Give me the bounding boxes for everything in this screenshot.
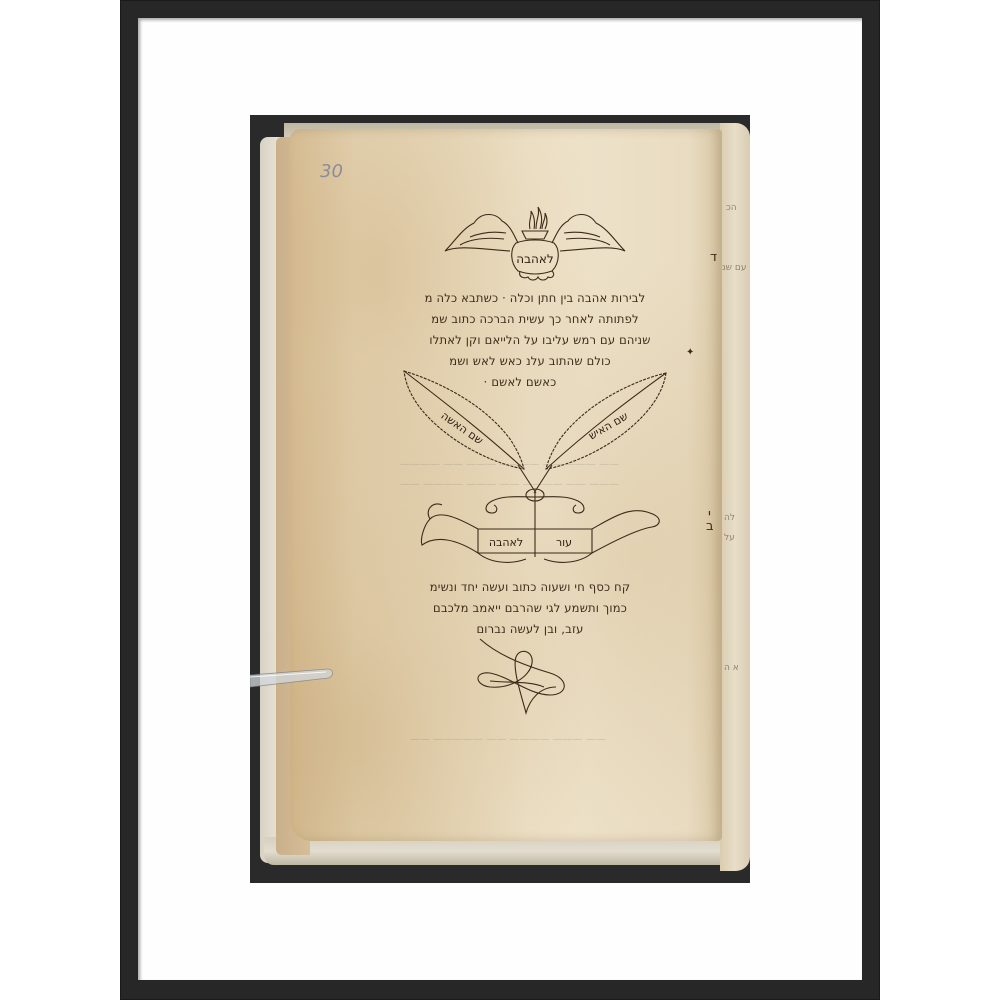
text-line: שניהם עם רמש עליבו על הלייאם וקן לאתלו — [380, 333, 700, 347]
page-holder-clip — [250, 667, 334, 689]
calligraphic-flourish — [470, 637, 580, 717]
leaf-left-label: שם האשה — [439, 409, 486, 447]
cartouche-label: לאהבה — [516, 252, 553, 266]
text-line: כולם שהתוב עלנ כאש לאש ושמ — [400, 354, 660, 368]
manuscript-photo: הכ עם שנ לה על א ה 30 —— ——— —— ———— ———… — [250, 115, 750, 883]
text-line: קח כסף חי ושעוה כתוב ועשה יחד ונשימ — [380, 580, 680, 594]
leaves-and-banner-illustration: שם האשה שם האיש לאהבה עור — [400, 369, 680, 569]
banner-right-label: עור — [556, 536, 572, 549]
text-line: לפתותה לאחר כך עשית הברכה כתוב שמ — [380, 312, 690, 326]
folio-number: 30 — [320, 161, 343, 182]
text-line: לבירות אהבה בין חתן וכלה · כשתבא כלה מ — [380, 291, 690, 305]
winged-urn-illustration: לאהבה — [440, 199, 630, 289]
banner-left-label: לאהבה — [489, 536, 523, 549]
manuscript-page: 30 —— ——— —— ———— ——— —— ———— ——— —— ———… — [290, 129, 722, 841]
margin-mark: ב — [706, 519, 714, 534]
text-line: עזב, ובן לעשה נברום — [440, 622, 620, 636]
book-cover-bottom-edge — [264, 837, 734, 865]
text-line: כמוך ותשמע לגי שהרבם ייאמב מלכבם — [380, 601, 680, 615]
facing-page: הכ עם שנ לה על א ה — [720, 123, 750, 871]
margin-mark: ד — [710, 250, 717, 265]
leaf-right-label: שם האיש — [586, 409, 630, 442]
bleed-through-text: —— ——— ———— —— ————— —— — [410, 734, 606, 745]
